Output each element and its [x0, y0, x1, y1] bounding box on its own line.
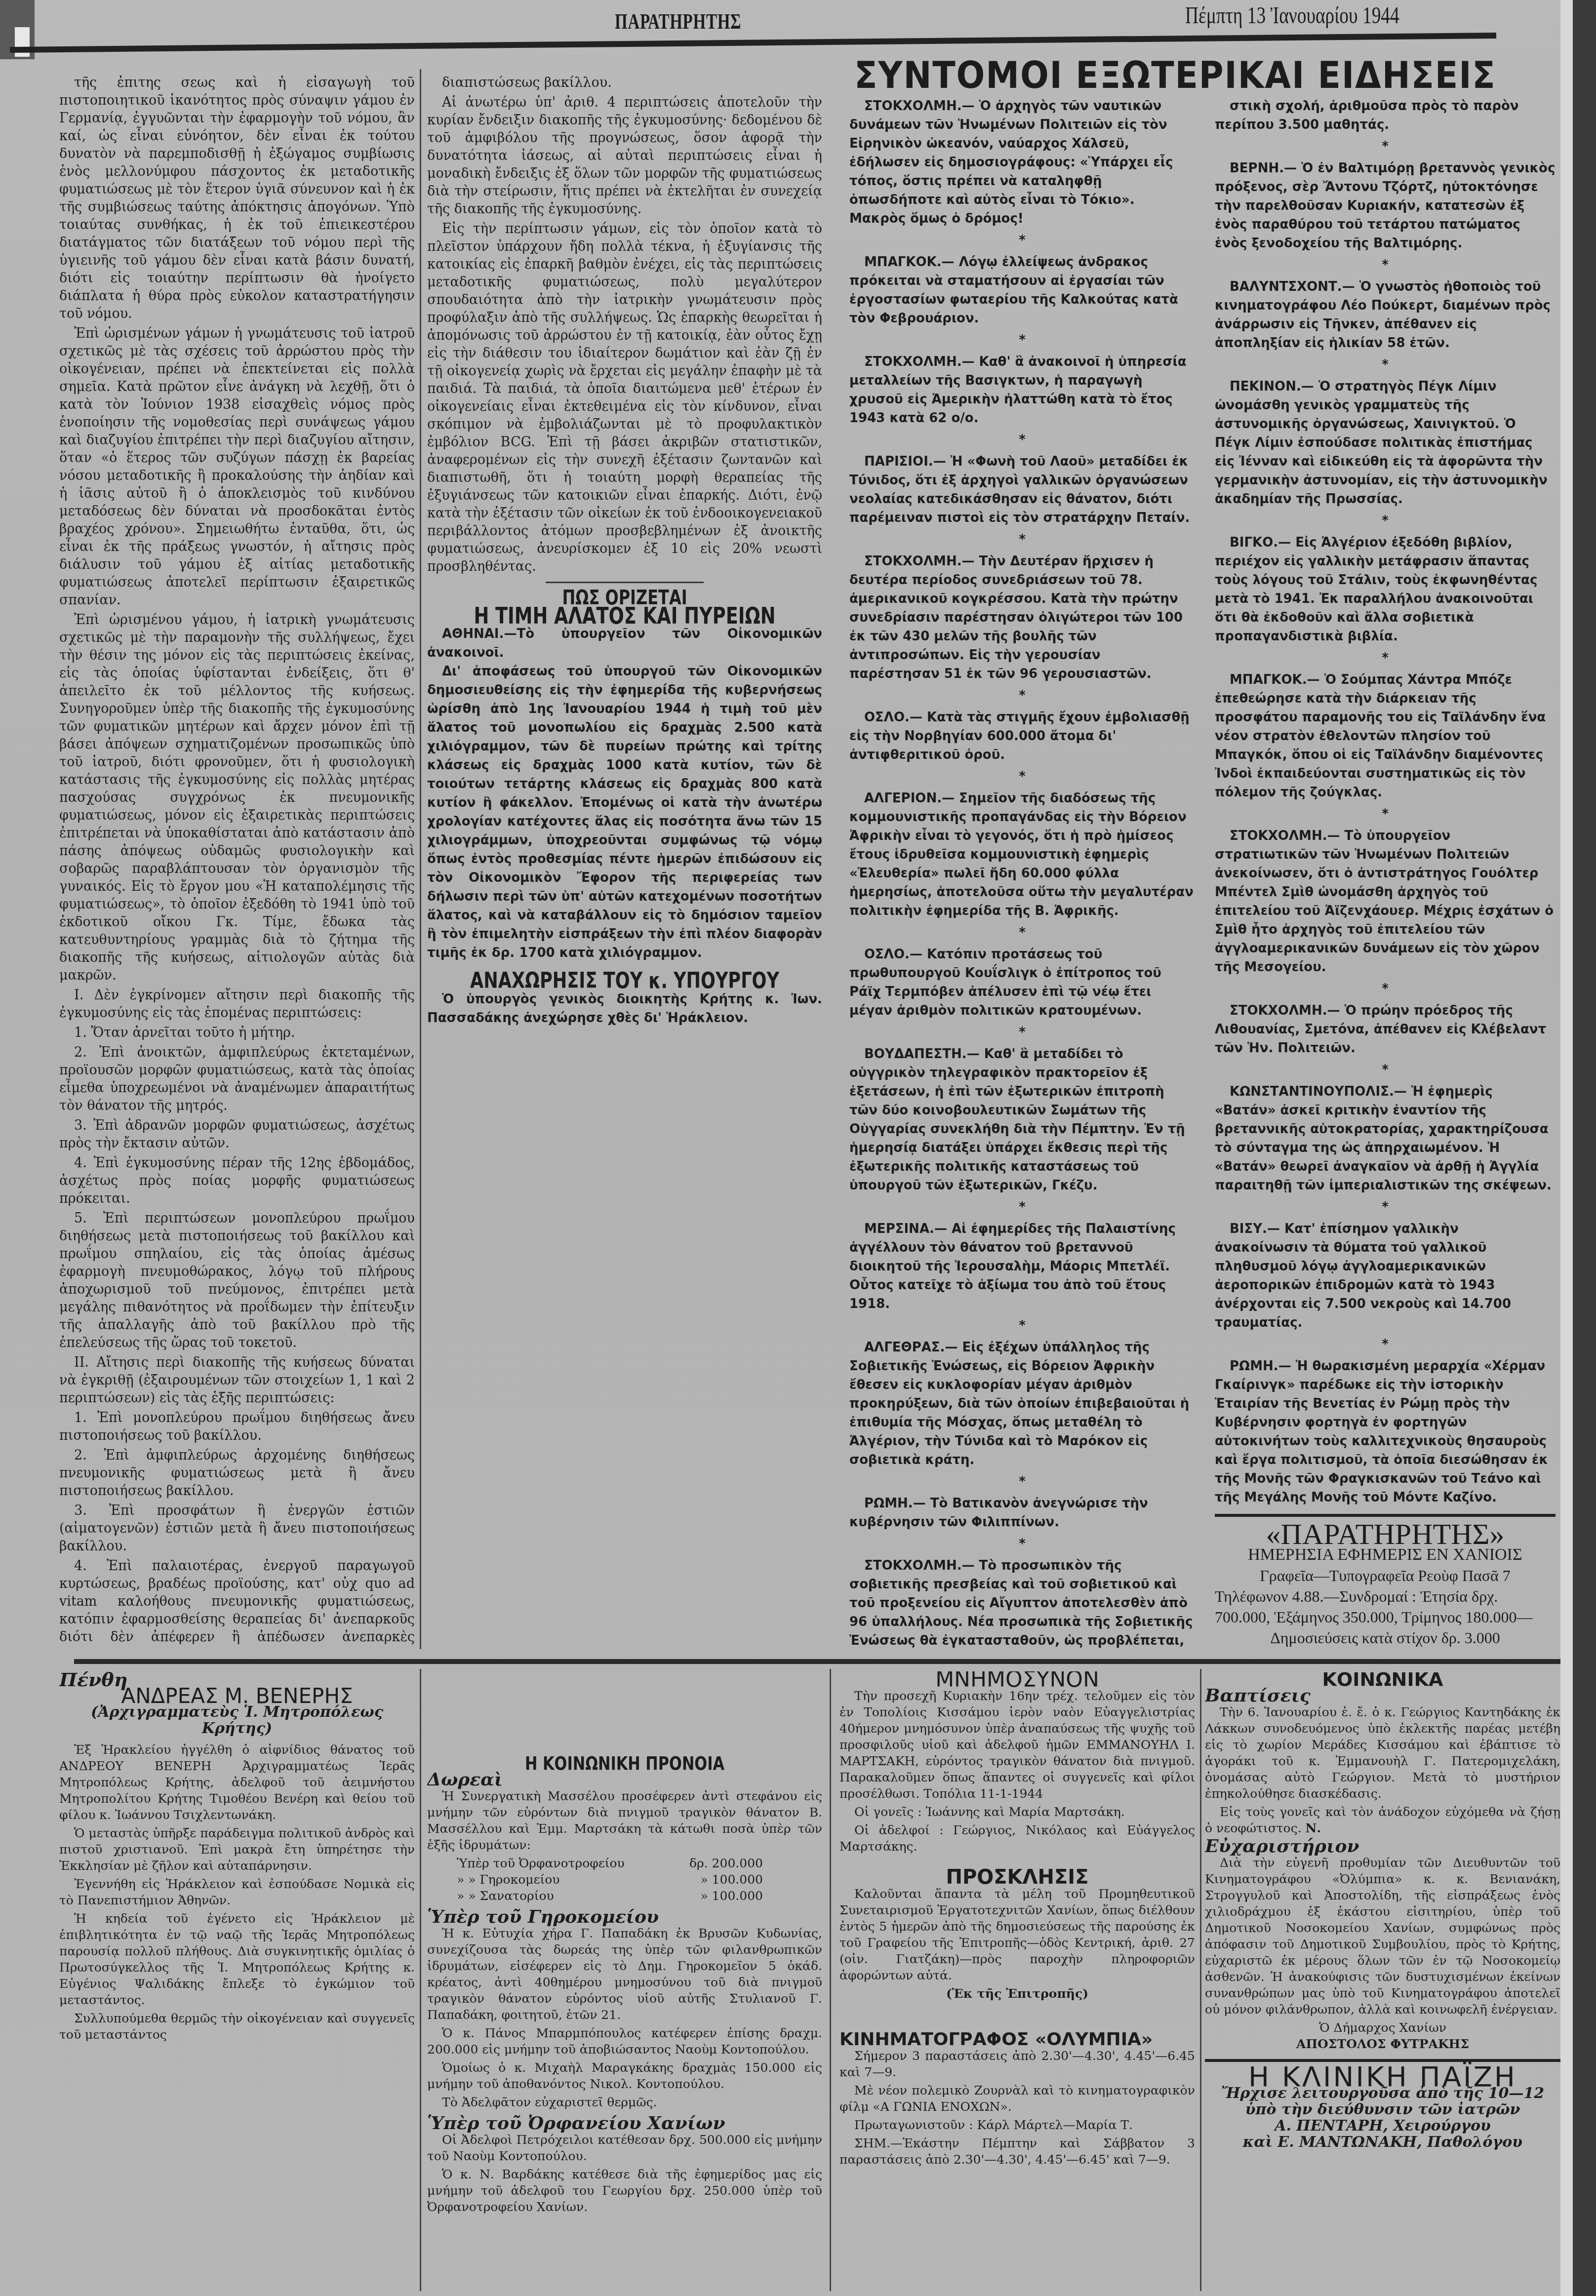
memorial-siblings: Οἱ ἀδελφοί : Γεώργιος, Νικόλαος καὶ Εὐάγ… [839, 1822, 1195, 1855]
separator-asterisk: * [849, 331, 1195, 350]
news-item: ΒΟΥΔΑΠΕΣΤΗ.— Καθ' ἃ μεταδίδει τὸ οὑγγρικ… [849, 1045, 1195, 1195]
social-column: ΚΟΙΝΩΝΙΚΑ Βαπτίσεις Τὴν 6. Ἰανουαρίου ἐ.… [1205, 1671, 1560, 2289]
news-item: ΑΛΓΕΡΙΟΝ.— Σημεῖον τῆς διαδόσεως τῆς κομ… [849, 789, 1195, 920]
obituary-paragraph: Ἐγεννήθη εἰς Ἡράκλειον καὶ ἐσπούδασε Νομ… [59, 1876, 415, 1908]
separator-asterisk: * [1215, 980, 1556, 998]
news-item: ΒΕΡΝΗ.— Ὁ ἐν Βαλτιμόρῃ βρεταννὸς γενικὸς… [1215, 159, 1556, 253]
masthead-rule [10, 33, 1496, 53]
separator-asterisk: * [1215, 1061, 1556, 1079]
news-item: ΠΕΚΙΝΟΝ.— Ὁ στρατηγὸς Πέγκ Λίμιν ὠνομάσθ… [1215, 377, 1556, 509]
donation-row: » » Γηροκομείου» 100.000 [427, 1871, 822, 1888]
column-divider [420, 69, 421, 1649]
news-item: ΜΠΑΓΚΟΚ.— Λόγῳ ἐλλείψεως ἀνδρακος πρόκει… [849, 253, 1195, 328]
article-paragraph: διαπιστώσεως βακίλλου. [427, 74, 822, 92]
departure-headline: ΑΝΑΧΩΡΗΣΙΣ ΤΟΥ κ. ΥΠΟΥΡΓΟΥ [467, 972, 783, 990]
clinic-hours: Ἤρχισε λειτουργοῦσα ἀπὸ τῆς 10—12 [1205, 2085, 1560, 2101]
separator-asterisk: * [1215, 1198, 1556, 1217]
foreign-news-section: ΣΥΝΤΟΜΟΙ ΕΞΩΤΕΡΙΚΑΙ ΕΙΔΗΣΕΙΣ ΣΤΟΚΧΟΛΜΗ.—… [849, 54, 1560, 1649]
article-paragraph: 3. Ἐπὶ προσφάτων ἢ ἐνεργῶν ἑστιῶν (αἱματ… [59, 1502, 415, 1555]
separator-asterisk: * [849, 1198, 1195, 1217]
article-continuation: διαπιστώσεως βακίλλου.Αἱ ἀνωτέρω ὑπ' ἀρι… [427, 74, 822, 576]
departure-article: Ὁ ὑπουργὸς γενικὸς διοικητὴς Κρήτης κ. Ἰ… [427, 990, 822, 1028]
foreign-news-right: στικὴ σχολή, ἀριθμοῦσα πρὸς τὸ παρὸν περ… [1215, 97, 1556, 1507]
page-edge [1560, 0, 1573, 2296]
cinema-today: Σήμερον 3 παραστάσεις ἀπὸ 2.30'—4.30', 4… [839, 2048, 1195, 2080]
foreign-news-headline: ΣΥΝΤΟΜΟΙ ΕΞΩΤΕΡΙΚΑΙ ΕΙΔΗΣΕΙΣ [854, 54, 1504, 97]
salt-paragraph: Δι' ἀποφάσεως τοῦ ὑπουργοῦ τῶν Οἰκονομικ… [427, 662, 822, 962]
separator-asterisk: * [849, 1535, 1195, 1553]
news-item: ΣΤΟΚΧΟΛΜΗ.— Τὴν Δευτέραν ἤρχισεν ἡ δευτέ… [849, 552, 1195, 683]
memorial-parents: Οἱ γονεῖς : Ἰωάννης καὶ Μαρία Μαρτσάκη. [839, 1804, 1195, 1820]
donation-amount: δρ. 200.000 [689, 1855, 763, 1871]
foreign-news-right-col: στικὴ σχολή, ἀριθμοῦσα πρὸς τὸ παρὸν περ… [1215, 97, 1556, 1649]
article-paragraph: 2. Ἐπὶ ἀμφιπλεύρως ἀρχομένης διηθήσεως π… [59, 1447, 415, 1500]
article-paragraph: Εἰς τὴν περίπτωσιν γάμων, εἰς τὸν ὁποῖον… [427, 220, 822, 576]
donation-paragraph: Τὸ Ἀδελφᾶτον εὐχαριστεῖ θερμῶς. [427, 2094, 822, 2110]
donation-paragraph: Οἱ Ἀδελφοὶ Πετρόχειλοι κατέθεσαν δρχ. 50… [427, 2132, 822, 2164]
donation-amount: » 100.000 [700, 1871, 763, 1888]
mayor-title: Ὁ Δήμαρχος Χανίων [1205, 2019, 1560, 2036]
orphanage-donations: Οἱ Ἀδελφοὶ Πετρόχειλοι κατέθεσαν δρχ. 50… [427, 2132, 822, 2215]
thanks-title: Εὐχαριστήριον [1205, 1838, 1560, 1855]
donation-paragraph: Ἡ κ. Εὐτυχία χήρα Γ. Παπαδάκη ἐκ Βρυσῶν … [427, 1925, 822, 2023]
separator-asterisk: * [849, 431, 1195, 449]
departure-text: Ὁ ὑπουργὸς γενικὸς διοικητὴς Κρήτης κ. Ἰ… [427, 990, 822, 1028]
separator-asterisk: * [849, 231, 1195, 250]
page-edge-shadow [1573, 0, 1596, 2296]
welfare-section: Η ΚΟΙΝΩΝΙΚΗ ΠΡΟΝΟΙΑ Δωρεαὶ Ἡ Συνεργατικὴ… [427, 1671, 822, 2289]
article-paragraph: Ἐπὶ ὡρισμένων γάμων ἡ γνωμάτευσις τοῦ ἰα… [59, 325, 415, 609]
donation-row: » » Σανατορίου» 100.000 [427, 1888, 822, 1904]
news-item: ΟΣΛΟ.— Κατόπιν προτάσεως τοῦ πρωθυπουργο… [849, 945, 1195, 1020]
invitations-signature: (Ἐκ τῆς Ἐπιτροπῆς) [839, 1985, 1195, 2002]
column-divider [420, 1669, 421, 2291]
bottom-section-rule [74, 1659, 1560, 1664]
obituary-text: Ἐξ Ἡρακλείου ἠγγέλθη ὁ αἰφνίδιος θάνατος… [59, 1742, 415, 2043]
article-paragraph: Ἐπὶ ὡρισμένου γάμου, ἡ ἰατρικὴ γνωμάτευσ… [59, 611, 415, 985]
separator-asterisk: * [1215, 512, 1556, 530]
cinema-film: Μὲ νέον πολεμικὸ Ζουρνὰλ καὶ τὸ κινηματο… [839, 2082, 1195, 2115]
donation-amount: » 100.000 [700, 1888, 763, 1904]
cinema-note: ΣΗΜ.—Ἑκάστην Πέμπτην καὶ Σάββατον 3 παρα… [839, 2135, 1195, 2168]
elderly-home-donations: Ἡ κ. Εὐτυχία χήρα Γ. Παπαδάκη ἐκ Βρυσῶν … [427, 1925, 822, 2110]
donation-paragraph: Ὁ κ. Πάνος Μπαρμπόπουλος κατέφερεν ἐπίση… [427, 2025, 822, 2058]
article-paragraph: 4. Ἐπὶ ἐγκυμοσύνης πέραν τῆς 12ης ἑβδομά… [59, 1154, 415, 1208]
masthead-title: ΠΑΡΑΤΗΡΗΤΗΣ [615, 9, 741, 34]
news-item: ΣΤΟΚΧΟΛΜΗ.— Ὁ πρώην πρόεδρος τῆς Λιθουαν… [1215, 1001, 1556, 1058]
invitations-text: Καλοῦνται ἅπαντα τὰ μέλη τοῦ Προμηθευτικ… [839, 1886, 1195, 1983]
cinema-cast: Πρωταγωνιστοῦν : Κάρλ Μάρτελ—Μαρία Τ. [839, 2117, 1195, 2133]
section-rule [546, 582, 704, 583]
article-paragraph: 1. Ὅταν ἀρνεῖται τοῦτο ἡ μήτηρ. [59, 1024, 415, 1042]
article-paragraph: 1. Ἐπὶ μονοπλεύρου πρωΐμου διηθήσεως ἄνε… [59, 1409, 415, 1445]
welfare-donations-text: Ἡ Συνεργατικὴ Μασσέλου προσέφερεν ἀντὶ σ… [427, 1788, 822, 1853]
separator-asterisk: * [1215, 356, 1556, 374]
clinic-doctor-2: καὶ Ε. ΜΑΝΤΩΝΑΚΗ, Παθολόγου [1205, 2134, 1560, 2150]
donation-label: » » Σανατορίου [457, 1888, 554, 1904]
memorial-title: ΜΝΗΜΟΣΥΝΟΝ [839, 1671, 1195, 1688]
obituary-role: (Ἀρχιγραμματεὺς Ἱ. Μητροπόλεως Κρήτης) [59, 1704, 415, 1737]
column-divider [1200, 1669, 1201, 2291]
imprint-box: «ΠΑΡΑΤΗΡΗΤΗΣ» ΗΜΕΡΗΣΙΑ ΕΦΗΜΕΡΙΣ ΕΝ ΧΑΝΙΟ… [1215, 1524, 1556, 1649]
news-item: ΜΠΑΓΚΟΚ.— Ὁ Σούμπας Χάντρα Μπόζε ἐπεθεώρ… [1215, 671, 1556, 802]
memorial-text: Τὴν προσεχῆ Κυριακὴν 16ην τρέχ. τελοῦμεν… [839, 1688, 1195, 1802]
column-divider [830, 1669, 831, 2291]
article-paragraph: 5. Ἐπὶ περιπτώσεων μονοπλεύρου πρωΐμου δ… [59, 1210, 415, 1352]
baptism-wish: Εἰς τοὺς γονεῖς καὶ τὸν ἀνάδοχον εὐχόμεθ… [1205, 1804, 1560, 1836]
obituary-paragraph: Ὁ μεταστὰς ὑπῆρξε παράδειγμα πολιτικοῦ ἀ… [59, 1825, 415, 1874]
salt-paragraph: ΑΘΗΝΑΙ.—Τὸ ὑπουργεῖον τῶν Οἰκονομικῶν ἀν… [427, 625, 822, 662]
invitations-title: ΠΡΟΣΚΛΗΣΙΣ [839, 1869, 1195, 1886]
separator-asterisk: * [1215, 1335, 1556, 1354]
clinic-direction: ὑπὸ τὴν διεύθυνσιν τῶν ἰατρῶν [1205, 2101, 1560, 2118]
cinema-title: ΚΙΝΗΜΑΤΟΓΡΑΦΟΣ «ΟΛΥΜΠΙΑ» [839, 2031, 1195, 2048]
news-item: ΣΤΟΚΧΟΛΜΗ.— Τὸ προσωπικὸν τῆς σοβιετικῆς… [849, 1556, 1195, 1649]
mayor-name: ΑΠΟΣΤΟΛΟΣ ΦΥΤΡΑΚΗΣ [1205, 2036, 1560, 2052]
separator-asterisk: * [1215, 805, 1556, 824]
article-paragraph: 3. Ἐπὶ ἀδρανῶν μορφῶν φυματιώσεως, ἀσχέτ… [59, 1117, 415, 1152]
donation-row: Ὑπὲρ τοῦ Ὀρφανοτροφείουδρ. 200.000 [427, 1855, 822, 1871]
news-item: ΒΙΓΚΟ.— Εἰς Ἀλγέριον ἐξεδόθη βιβλίον, πε… [1215, 533, 1556, 646]
obituary-paragraph: Συλλυπούμεθα θερμῶς τὴν οἰκογένειαν καὶ … [59, 2010, 415, 2043]
donation-label: » » Γηροκομείου [457, 1871, 559, 1888]
baptism-signature: Ν. [1306, 1821, 1321, 1835]
obituary-paragraph: Ἡ κηδεία τοῦ ἐγένετο εἰς Ἡράκλειον μὲ ἐπ… [59, 1910, 415, 2008]
donation-paragraph: Ὁ κ. Ν. Βαρδάκης κατέθεσε διὰ τῆς ἐφημερ… [427, 2166, 822, 2215]
article-paragraph: τῆς ἐπιτης σεως καὶ ἡ εἰσαγωγὴ τοῦ πιστο… [59, 74, 415, 323]
article-paragraph: 2. Ἐπὶ ἀνοικτῶν, ἀμφιπλεύρως ἐκτεταμένων… [59, 1044, 415, 1115]
donation-label: Ὑπὲρ τοῦ Ὀρφανοτροφείου [457, 1855, 625, 1871]
salt-article: ΑΘΗΝΑΙ.—Τὸ ὑπουργεῖον τῶν Οἰκονομικῶν ἀν… [427, 625, 822, 962]
separator-asterisk: * [1215, 137, 1556, 156]
obituary-section: Πένθη ΑΝΔΡΕΑΣ Μ. ΒΕΝΕΡΗΣ (Ἀρχιγραμματεὺς… [59, 1671, 415, 2289]
masthead: ΠΑΡΑΤΗΡΗΤΗΣ Πέμπτη 13 Ἰανουαρίου 1944 [0, 0, 1596, 54]
donations-table: Ὑπὲρ τοῦ Ὀρφανοτροφείουδρ. 200.000» » Γη… [427, 1855, 822, 1904]
orphanage-title: Ὑπὲρ τοῦ Ὀρφανείου Χανίων [427, 2115, 822, 2132]
salt-headline: Η ΤΙΜΗ ΑΛΑΤΟΣ ΚΑΙ ΠΥΡΕΙΩΝ [467, 607, 783, 625]
donation-paragraph: Ὁμοίως ὁ κ. Μιχαὴλ Μαραγκάκης δραχμὰς 15… [427, 2059, 822, 2092]
article-paragraph: Αἱ ἀνωτέρω ὑπ' ἀριθ. 4 περιπτώσεις ἀποτε… [427, 94, 822, 218]
imprint-notices: Ἀρραβῶνες, γάμοι, βαπτίσεις, συνήθη εὐχα… [1215, 1648, 1556, 1649]
separator-asterisk: * [849, 1316, 1195, 1335]
news-item: ΠΑΡΙΣΙΟΙ.— Ἡ «Φωνὴ τοῦ Λαοῦ» μεταδίδει ἐ… [849, 452, 1195, 527]
news-item: στικὴ σχολή, ἀριθμοῦσα πρὸς τὸ παρὸν περ… [1215, 97, 1556, 134]
news-item: ΒΙΣΥ.— Κατ' ἐπίσημον γαλλικὴν ἀνακοίνωσι… [1215, 1220, 1556, 1332]
news-item: ΟΣΛΟ.— Κατὰ τὰς στιγμῆς ἔχουν ἐμβολιασθῇ… [849, 708, 1195, 764]
separator-asterisk: * [1215, 649, 1556, 668]
news-item: ΒΑΛΥΝΤΣΧΟΝΤ.— Ὁ γνωστὸς ἠθοποιὸς τοῦ κιν… [1215, 277, 1556, 353]
article-paragraph: 4. Ἐπὶ παλαιοτέρας, ἐνεργοῦ παραγωγοῦ κυ… [59, 1557, 415, 1644]
imprint-title: «ΠΑΡΑΤΗΡΗΤΗΣ» [1215, 1524, 1556, 1544]
news-item: ΑΛΓΕΘΡΑΣ.— Εἰς ἐξέχων ὑπάλληλος τῆς Σοβι… [849, 1338, 1195, 1469]
separator-asterisk: * [1215, 256, 1556, 275]
clinic-doctor-1: Α. ΠΕΝΤΑΡΗ, Χειρούργου [1205, 2118, 1560, 2134]
clinic-title: Η ΚΛΙΝΙΚΗ ΠΑΪΖΗ [1205, 2069, 1560, 2085]
news-item: ΚΩΝΣΤΑΝΤΙΝΟΥΠΟΛΙΣ.— Ἡ ἐφημερὶς «Βατάν» ἀ… [1215, 1082, 1556, 1195]
column-middle: διαπιστώσεως βακίλλου.Αἱ ἀνωτέρω ὑπ' ἀρι… [427, 74, 822, 1644]
obituary-paragraph: Ἐξ Ἡρακλείου ἠγγέλθη ὁ αἰφνίδιος θάνατος… [59, 1742, 415, 1823]
separator-asterisk: * [849, 923, 1195, 942]
separator-asterisk: * [849, 1472, 1195, 1491]
welfare-title: Η ΚΟΙΝΩΝΙΚΗ ΠΡΟΝΟΙΑ [467, 1755, 783, 1772]
baptism-text: Τὴν 6. Ἰανουαρίου ἐ. ἔ. ὁ κ. Γεώργιος Κα… [1205, 1704, 1560, 1802]
imprint-subscriptions: Τηλέφωνον 4.88.—Συνδρομαί : Ἐτησία δρχ. … [1215, 1586, 1556, 1627]
separator-asterisk: * [849, 530, 1195, 549]
thanks-text: Διὰ τὴν εὐγενῆ προθυμίαν τῶν Διευθυντῶν … [1205, 1855, 1560, 2018]
foreign-news-left: ΣΤΟΚΧΟΛΜΗ.— Ὁ ἀρχηγὸς τῶν ναυτικῶν δυνάμ… [849, 97, 1195, 1649]
news-item: ΡΩΜΗ.— Ἡ θωρακισμένη μεραρχία «Χέρμαν Γκ… [1215, 1357, 1556, 1507]
separator-asterisk: * [849, 767, 1195, 786]
news-item: ΣΤΟΚΧΟΛΜΗ.— Ὁ ἀρχηγὸς τῶν ναυτικῶν δυνάμ… [849, 97, 1195, 228]
article-paragraph: ΙΙ. Αἴτησις περὶ διακοπῆς τῆς κυήσεως δύ… [59, 1354, 415, 1407]
baptism-wish-text: Εἰς τοὺς γονεῖς καὶ τὸν ἀνάδοχον εὐχόμεθ… [1205, 1805, 1560, 1835]
separator-asterisk: * [849, 686, 1195, 705]
news-item: ΣΤΟΚΧΟΛΜΗ.— Τὸ ὑπουργεῖον στρατιωτικῶν τ… [1215, 827, 1556, 977]
imprint-subtitle: ΗΜΕΡΗΣΙΑ ΕΦΗΜΕΡΙΣ ΕΝ ΧΑΝΙΟΙΣ [1215, 1544, 1556, 1565]
news-item: ΡΩΜΗ.— Τὸ Βατικανὸν ἀνεγνώρισε τὴν κυβέρ… [849, 1494, 1195, 1532]
imprint-ad-rates: Δημοσιεύσεις κατὰ στίχον δρ. 3.000 [1215, 1627, 1556, 1648]
imprint-rule [1215, 1514, 1556, 1517]
separator-asterisk: * [849, 1023, 1195, 1042]
column-tuberculosis-article: τῆς ἐπιτης σεως καὶ ἡ εἰσαγωγὴ τοῦ πιστο… [59, 74, 415, 1644]
newspaper-page: ΠΑΡΑΤΗΡΗΤΗΣ Πέμπτη 13 Ἰανουαρίου 1944 τῆ… [0, 0, 1596, 2296]
notices-column: ΜΝΗΜΟΣΥΝΟΝ Τὴν προσεχῆ Κυριακὴν 16ην τρέ… [839, 1671, 1195, 2289]
news-item: ΣΤΟΚΧΟΛΜΗ.— Καθ' ἃ ἀνακοινοῖ ἡ ὑπηρεσία … [849, 353, 1195, 428]
news-item: ΜΕΡΣΙΝΑ.— Αἱ ἐφημερίδες τῆς Παλαιστίνης … [849, 1220, 1195, 1313]
imprint-address: Γραφεῖα—Τυπογραφεῖα Ρεοὺφ Πασᾶ 7 [1215, 1565, 1556, 1586]
masthead-date: Πέμπτη 13 Ἰανουαρίου 1944 [1185, 2, 1399, 29]
article-paragraph: Ι. Δὲν ἐγκρίνομεν αἴτησιν περὶ διακοπῆς … [59, 987, 415, 1022]
elderly-home-title: Ὑπὲρ τοῦ Γηροκομείου [427, 1909, 822, 1925]
